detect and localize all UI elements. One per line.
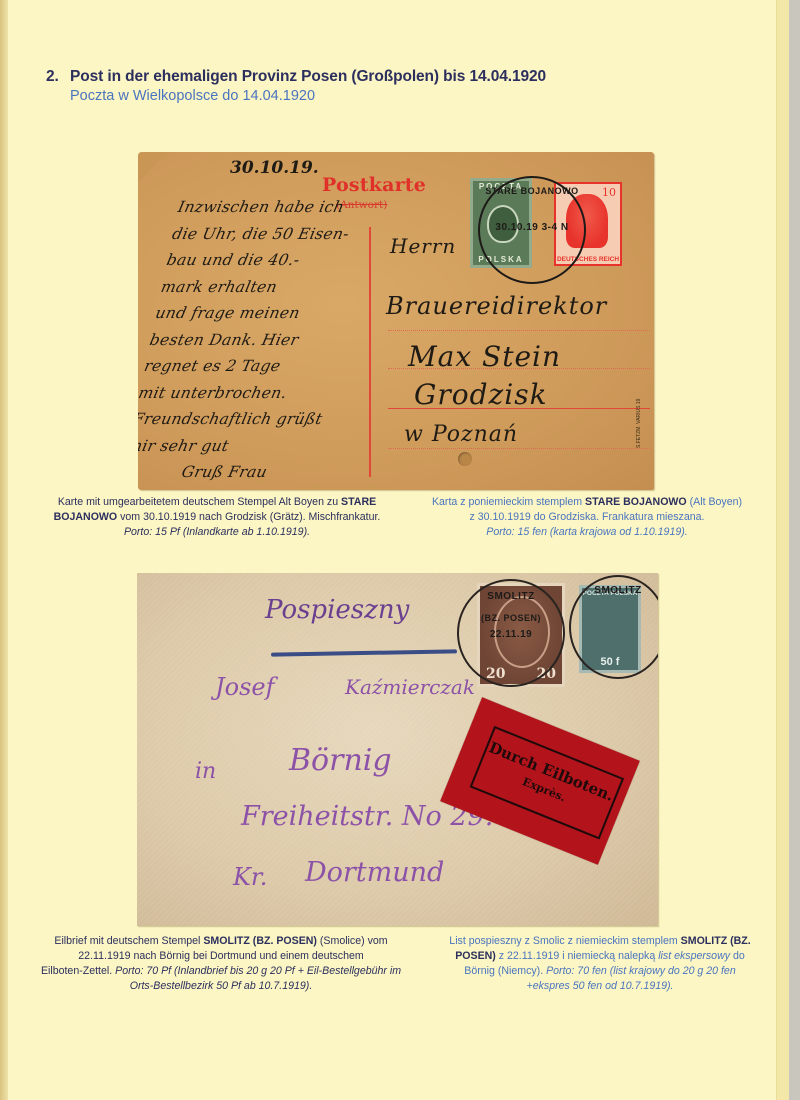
caption-envelope-german: Eilbrief mit deutschem Stempel SMOLITZ (… bbox=[26, 934, 416, 994]
page-title: 2.Post in der ehemaligen Provinz Posen (… bbox=[46, 68, 546, 86]
caption-postcard-polish: Karta z poniemieckim stemplem STARE BOJA… bbox=[412, 495, 762, 540]
caption-postcard-german: Karte mit umgearbeitetem deutschem Stemp… bbox=[42, 495, 392, 540]
printer-mark: S.FETZM. VARIUS 19 bbox=[636, 399, 642, 448]
postmark-smolitz-2: SMOLITZ bbox=[569, 575, 658, 679]
address-line: Brauereidirektor bbox=[386, 292, 607, 320]
handwritten-message: Inzwischen habe ich die Uhr, die 50 Eise… bbox=[138, 194, 370, 486]
page-header: 2.Post in der ehemaligen Provinz Posen (… bbox=[46, 68, 546, 104]
page-left-edge bbox=[0, 0, 8, 1100]
address-line: in bbox=[195, 759, 216, 784]
address-rule bbox=[388, 368, 650, 369]
envelope-image: Pospieszny Josef Kaźmierczak in Börnig F… bbox=[137, 573, 658, 926]
address-rule bbox=[388, 408, 650, 409]
address-line: Kaźmierczak bbox=[345, 675, 475, 699]
address-line: Grodzisk bbox=[414, 378, 548, 411]
address-line: Josef bbox=[215, 673, 274, 701]
album-page: 2.Post in der ehemaligen Provinz Posen (… bbox=[0, 0, 788, 1100]
section-number: 2. bbox=[46, 68, 70, 86]
postmark-smolitz: SMOLITZ (BZ. POSEN) 22.11.19 bbox=[457, 579, 565, 687]
page-subtitle-polish: Poczta w Wielkopolsce do 14.04.1920 bbox=[70, 88, 546, 104]
address-line: w Poznań bbox=[404, 422, 518, 447]
caption-envelope-polish: List pospieszny z Smolic z niemieckim st… bbox=[420, 934, 780, 994]
address-rule bbox=[388, 448, 650, 449]
punch-hole bbox=[458, 452, 472, 466]
address-line: Herrn bbox=[390, 234, 456, 258]
address-rule bbox=[388, 330, 650, 331]
corner-fold bbox=[138, 152, 168, 182]
postmark-stare-bojanowo: STARE BOJANOWO 30.10.19 3-4 N bbox=[478, 176, 586, 284]
address-line: Börnig bbox=[289, 743, 392, 778]
pospieszny-marking: Pospieszny bbox=[265, 595, 409, 625]
postcard-divider-line bbox=[369, 227, 371, 477]
address-line: Kr. bbox=[233, 863, 267, 891]
address-line: Dortmund bbox=[305, 857, 444, 888]
postcard-image: 30.10.19. Postkarte (Antwort) Inzwischen… bbox=[138, 152, 654, 490]
handwritten-date: 30.10.19. bbox=[230, 158, 319, 178]
postkarte-heading: Postkarte bbox=[322, 174, 426, 196]
